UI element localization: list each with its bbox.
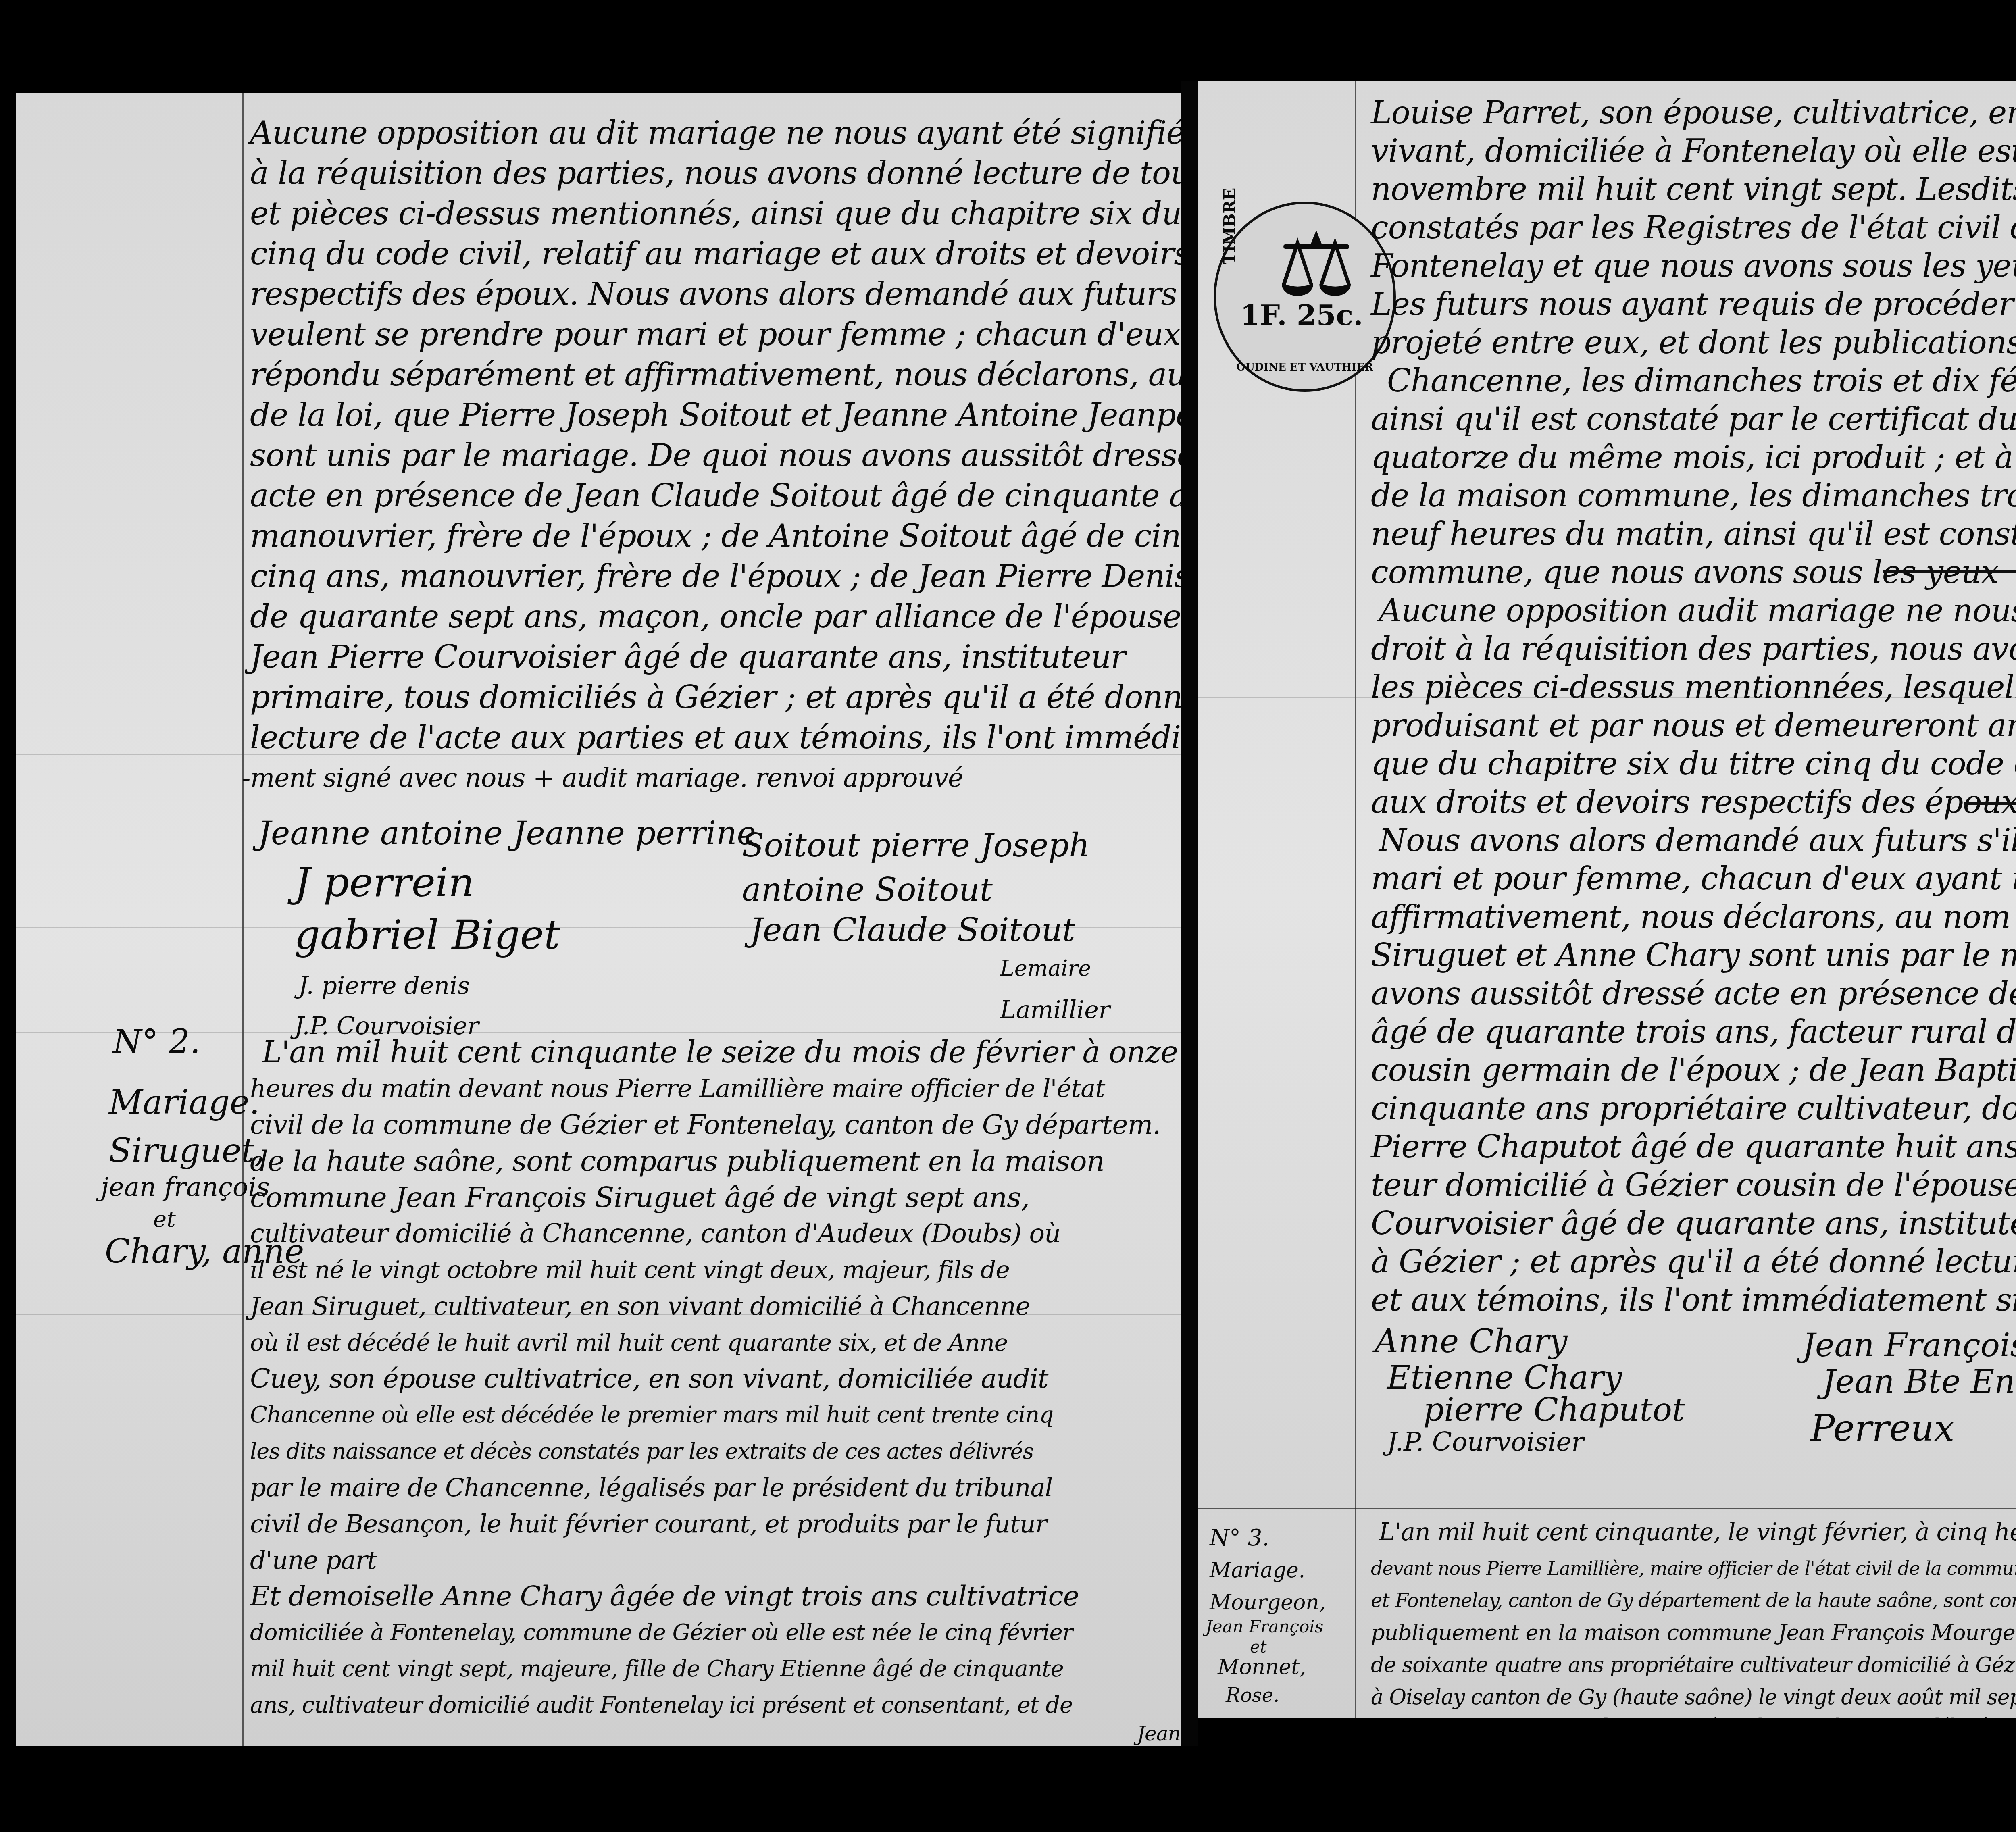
stamp-label: TIMBRE <box>1220 188 1239 264</box>
line-filler <box>1964 802 2016 805</box>
signature: Lamillier <box>1000 996 1110 1024</box>
stamp-maker: OUDINE ET VAUTHIER <box>1216 361 1393 373</box>
liberty-justice-icon: ⚖ <box>1277 220 1356 309</box>
signature: Perreux <box>1810 1407 1955 1449</box>
line-filler <box>1883 570 2016 573</box>
catchword: Jean <box>1137 1709 1181 1746</box>
party-name: jean françois <box>101 1165 270 1210</box>
act-type: Mariage. <box>109 1080 260 1125</box>
text-line: ans, cultivateur domicilié audit Fontene… <box>250 1681 1073 1730</box>
book-gutter <box>1181 81 1198 1774</box>
text-line: et aux témoins, ils l'ont immédiatement … <box>1371 1276 2016 1324</box>
stamp-value: 1F. 25c. <box>1240 301 1363 330</box>
signature: Soitout pierre Joseph <box>742 826 1090 864</box>
signature: J. pierre denis <box>298 972 470 1000</box>
signature: Anne Chary <box>1375 1322 1567 1360</box>
signature: J.P. Courvoisier <box>1387 1427 1584 1457</box>
margin-rule <box>242 93 244 1746</box>
signature: Jean Bte Envrard <box>1822 1363 2016 1400</box>
signature: J perrein <box>294 859 474 906</box>
signature: gabriel Biget <box>294 911 560 958</box>
scan-border-bottom <box>0 1746 2016 1832</box>
signature: Jean Claude Soitout <box>750 911 1075 949</box>
text-line: -ment signé avec nous + audit mariage. r… <box>242 754 963 802</box>
signature: Lemaire <box>1000 956 1091 981</box>
signature: Jeanne antoine Jeanne perrine <box>258 814 756 852</box>
act-number: N° 2. <box>113 1020 200 1064</box>
text-line: quatre vingt cinq, comme il est constaté… <box>1371 1701 2016 1717</box>
right-page: ⚖ TIMBRE 1F. 25c. OUDINE ET VAUTHIER deu… <box>1198 81 2016 1717</box>
scan-border-top <box>0 0 2016 81</box>
signature: Jean François Siruguet <box>1802 1326 2016 1364</box>
signature: pierre Chaputot <box>1423 1391 1685 1428</box>
left-page: Aucune opposition au dit mariage ne nous… <box>16 93 1181 1746</box>
signature: antoine Soitout <box>742 871 993 908</box>
party-name: Rose. <box>1226 1673 1279 1717</box>
tax-stamp: ⚖ TIMBRE 1F. 25c. OUDINE ET VAUTHIER <box>1214 202 1396 392</box>
